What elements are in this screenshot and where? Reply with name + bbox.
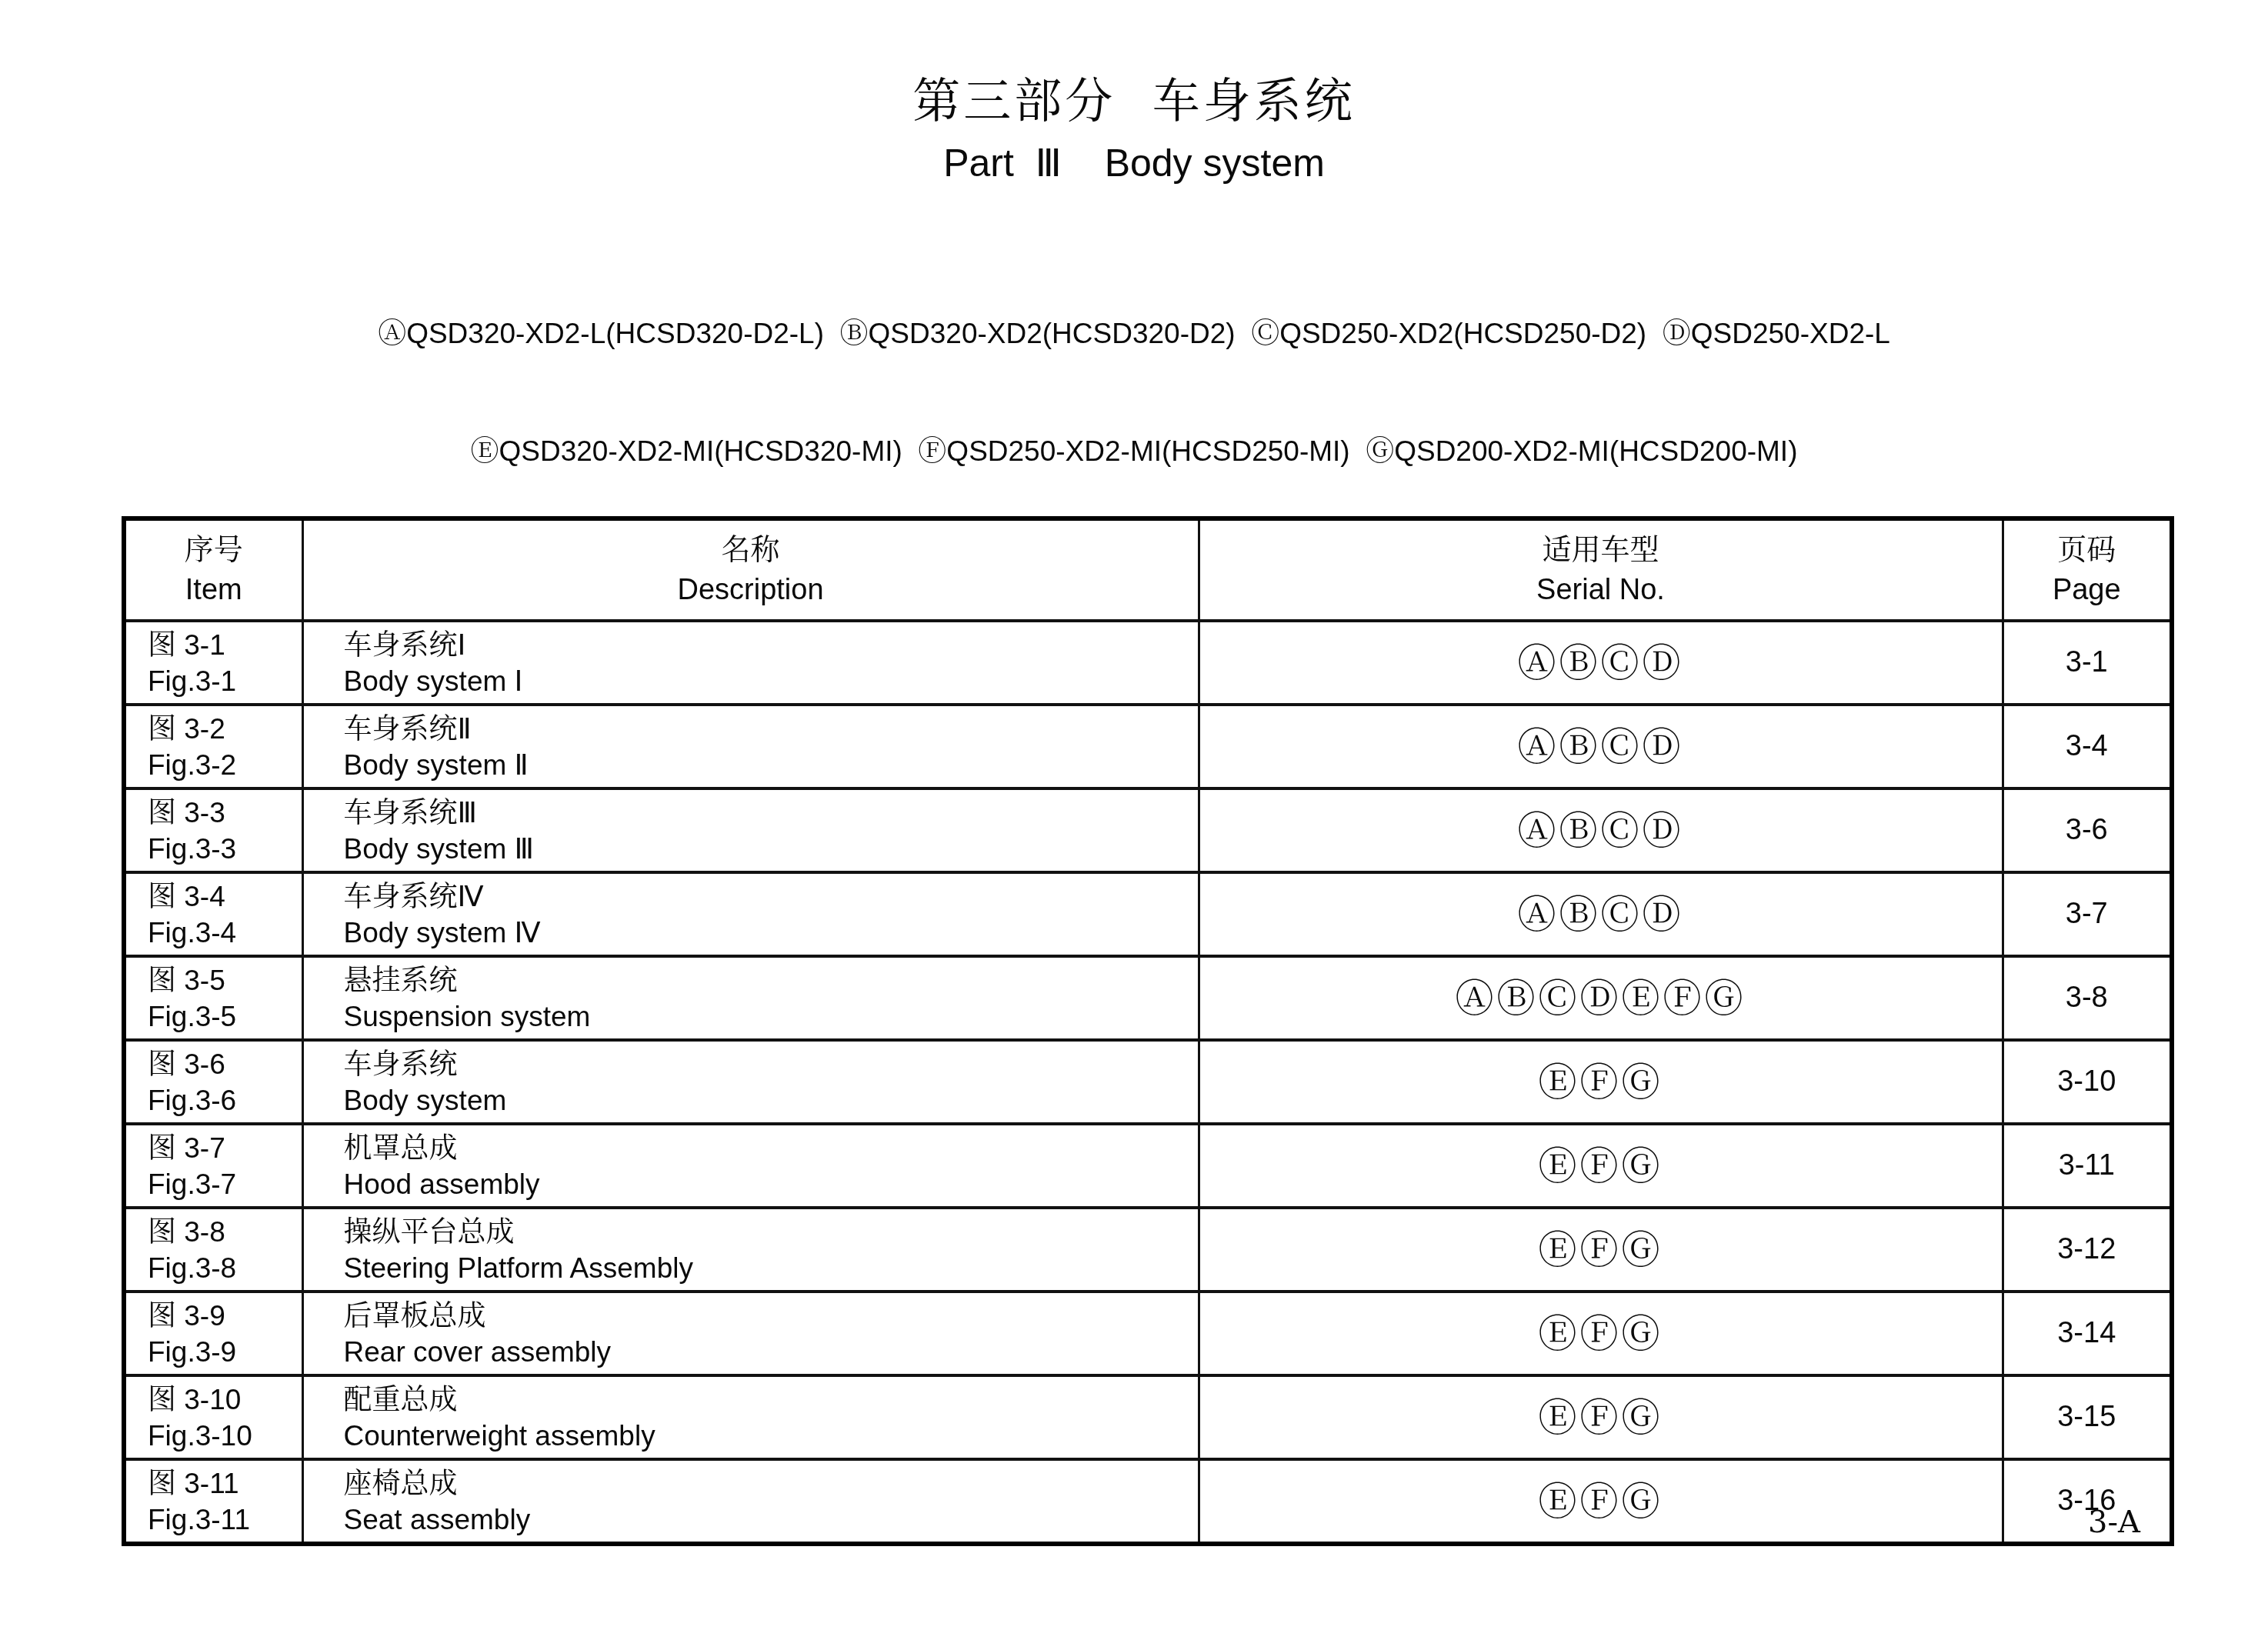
figure-number-en: Fig.3-1 bbox=[148, 663, 302, 699]
description-cn: 车身系统Ⅳ bbox=[344, 878, 1198, 915]
figure-number-cn: 图 3-11 bbox=[148, 1465, 302, 1502]
description-cn: 车身系统 bbox=[344, 1046, 1198, 1082]
description-en: Counterweight assembly bbox=[344, 1418, 1198, 1454]
manual-page: { "page": { "title_cn": "第三部分 车身系统", "ti… bbox=[0, 0, 2268, 1640]
serial-models-cell: ⒶⒷⒸⒹ bbox=[1199, 788, 2003, 872]
models-line-1: ⒶQSD320-XD2-L(HCSD320-D2-L) ⒷQSD320-XD2(… bbox=[0, 314, 2268, 353]
serial-models-cell: ⒶⒷⒸⒹ bbox=[1199, 621, 2003, 705]
description-cn: 配重总成 bbox=[344, 1382, 1198, 1418]
description-cn: 座椅总成 bbox=[344, 1465, 1198, 1502]
figure-number-en: Fig.3-2 bbox=[148, 747, 302, 783]
description-en: Body system Ⅳ bbox=[344, 915, 1198, 951]
page-number-cell: 3-12 bbox=[2003, 1208, 2172, 1292]
description-cn: 车身系统Ⅱ bbox=[344, 711, 1198, 747]
table-row: 图 3-7 Fig.3-7 机罩总成 Hood assembly ⒺⒻⒼ 3-1… bbox=[124, 1124, 2172, 1208]
description-cell: 车身系统 Body system bbox=[302, 1040, 1199, 1124]
serial-models-cell: ⒺⒻⒼ bbox=[1199, 1208, 2003, 1292]
figure-number-cn: 图 3-10 bbox=[148, 1382, 302, 1418]
description-cell: 座椅总成 Seat assembly bbox=[302, 1459, 1199, 1544]
table-row: 图 3-10 Fig.3-10 配重总成 Counterweight assem… bbox=[124, 1375, 2172, 1459]
table-row: 图 3-3 Fig.3-3 车身系统Ⅲ Body system Ⅲ ⒶⒷⒸⒹ 3… bbox=[124, 788, 2172, 872]
header-description-en: Description bbox=[304, 570, 1198, 610]
part-title-cn: 第三部分 车身系统 bbox=[0, 74, 2268, 128]
table-row: 图 3-4 Fig.3-4 车身系统Ⅳ Body system Ⅳ ⒶⒷⒸⒹ 3… bbox=[124, 872, 2172, 956]
header-serial-en: Serial No. bbox=[1200, 570, 2002, 610]
figure-number-en: Fig.3-7 bbox=[148, 1166, 302, 1202]
header-item-cn: 序号 bbox=[126, 530, 302, 570]
figure-number-cell: 图 3-2 Fig.3-2 bbox=[124, 705, 302, 788]
figure-number-cn: 图 3-7 bbox=[148, 1130, 302, 1166]
table-body: 图 3-1 Fig.3-1 车身系统Ⅰ Body system Ⅰ ⒶⒷⒸⒹ 3… bbox=[124, 621, 2172, 1544]
serial-models-cell: ⒶⒷⒸⒹ bbox=[1199, 705, 2003, 788]
page-number-cell: 3-10 bbox=[2003, 1040, 2172, 1124]
table-header: 序号 Item 名称 Description 适用车型 Serial No. 页… bbox=[124, 518, 2172, 621]
description-cn: 后罩板总成 bbox=[344, 1298, 1198, 1334]
table-row: 图 3-5 Fig.3-5 悬挂系统 Suspension system ⒶⒷⒸ… bbox=[124, 956, 2172, 1040]
figure-number-cn: 图 3-8 bbox=[148, 1214, 302, 1250]
description-cell: 后罩板总成 Rear cover assembly bbox=[302, 1292, 1199, 1375]
figure-number-cell: 图 3-11 Fig.3-11 bbox=[124, 1459, 302, 1544]
description-en: Steering Platform Assembly bbox=[344, 1250, 1198, 1286]
description-en: Body system Ⅰ bbox=[344, 663, 1198, 699]
figure-number-en: Fig.3-6 bbox=[148, 1082, 302, 1118]
description-cell: 机罩总成 Hood assembly bbox=[302, 1124, 1199, 1208]
page-number-cell: 3-4 bbox=[2003, 705, 2172, 788]
header-page-en: Page bbox=[2004, 570, 2170, 610]
table-row: 图 3-11 Fig.3-11 座椅总成 Seat assembly ⒺⒻⒼ 3… bbox=[124, 1459, 2172, 1544]
part-title-en: Part Ⅲ Body system bbox=[0, 142, 2268, 185]
description-cn: 车身系统Ⅲ bbox=[344, 795, 1198, 831]
serial-models-cell: ⒺⒻⒼ bbox=[1199, 1292, 2003, 1375]
description-cell: 配重总成 Counterweight assembly bbox=[302, 1375, 1199, 1459]
header-page: 页码 Page bbox=[2003, 518, 2172, 621]
figure-number-cn: 图 3-5 bbox=[148, 962, 302, 998]
table-row: 图 3-6 Fig.3-6 车身系统 Body system ⒺⒻⒼ 3-10 bbox=[124, 1040, 2172, 1124]
serial-models-cell: ⒶⒷⒸⒹⒺⒻⒼ bbox=[1199, 956, 2003, 1040]
figure-number-en: Fig.3-3 bbox=[148, 831, 302, 867]
description-en: Seat assembly bbox=[344, 1502, 1198, 1538]
serial-models-cell: ⒺⒻⒼ bbox=[1199, 1375, 2003, 1459]
page-number-cell: 3-15 bbox=[2003, 1375, 2172, 1459]
figure-number-en: Fig.3-11 bbox=[148, 1502, 302, 1538]
table-row: 图 3-2 Fig.3-2 车身系统Ⅱ Body system Ⅱ ⒶⒷⒸⒹ 3… bbox=[124, 705, 2172, 788]
description-cell: 车身系统Ⅱ Body system Ⅱ bbox=[302, 705, 1199, 788]
header-serial: 适用车型 Serial No. bbox=[1199, 518, 2003, 621]
figure-number-cell: 图 3-4 Fig.3-4 bbox=[124, 872, 302, 956]
table-header-row: 序号 Item 名称 Description 适用车型 Serial No. 页… bbox=[124, 518, 2172, 621]
header-serial-cn: 适用车型 bbox=[1200, 530, 2002, 570]
figure-number-cell: 图 3-1 Fig.3-1 bbox=[124, 621, 302, 705]
applicable-models-list: ⒶQSD320-XD2-L(HCSD320-D2-L) ⒷQSD320-XD2(… bbox=[0, 235, 2268, 510]
figure-number-cn: 图 3-1 bbox=[148, 627, 302, 663]
figure-number-cell: 图 3-10 Fig.3-10 bbox=[124, 1375, 302, 1459]
figure-number-cell: 图 3-3 Fig.3-3 bbox=[124, 788, 302, 872]
serial-models-cell: ⒺⒻⒼ bbox=[1199, 1459, 2003, 1544]
table-row: 图 3-9 Fig.3-9 后罩板总成 Rear cover assembly … bbox=[124, 1292, 2172, 1375]
page-number-cell: 3-7 bbox=[2003, 872, 2172, 956]
figure-index-table: 序号 Item 名称 Description 适用车型 Serial No. 页… bbox=[122, 516, 2174, 1546]
description-cn: 操纵平台总成 bbox=[344, 1214, 1198, 1250]
serial-models-cell: ⒺⒻⒼ bbox=[1199, 1124, 2003, 1208]
header-description-cn: 名称 bbox=[304, 530, 1198, 570]
figure-number-cn: 图 3-2 bbox=[148, 711, 302, 747]
figure-number-en: Fig.3-9 bbox=[148, 1334, 302, 1370]
description-en: Suspension system bbox=[344, 998, 1198, 1035]
table-row: 图 3-1 Fig.3-1 车身系统Ⅰ Body system Ⅰ ⒶⒷⒸⒹ 3… bbox=[124, 621, 2172, 705]
table-row: 图 3-8 Fig.3-8 操纵平台总成 Steering Platform A… bbox=[124, 1208, 2172, 1292]
figure-number-cell: 图 3-9 Fig.3-9 bbox=[124, 1292, 302, 1375]
description-cn: 机罩总成 bbox=[344, 1130, 1198, 1166]
page-number-cell: 3-8 bbox=[2003, 956, 2172, 1040]
figure-number-cn: 图 3-3 bbox=[148, 795, 302, 831]
page-number-cell: 3-14 bbox=[2003, 1292, 2172, 1375]
serial-models-cell: ⒶⒷⒸⒹ bbox=[1199, 872, 2003, 956]
figure-number-cn: 图 3-4 bbox=[148, 878, 302, 915]
figure-number-cell: 图 3-5 Fig.3-5 bbox=[124, 956, 302, 1040]
footer-page-number: 3-A bbox=[2037, 1505, 2191, 1540]
figure-number-cell: 图 3-7 Fig.3-7 bbox=[124, 1124, 302, 1208]
header-item-en: Item bbox=[126, 570, 302, 610]
header-item: 序号 Item bbox=[124, 518, 302, 621]
header-page-cn: 页码 bbox=[2004, 530, 2170, 570]
figure-number-cell: 图 3-6 Fig.3-6 bbox=[124, 1040, 302, 1124]
description-cell: 悬挂系统 Suspension system bbox=[302, 956, 1199, 1040]
description-cell: 车身系统Ⅰ Body system Ⅰ bbox=[302, 621, 1199, 705]
description-cell: 操纵平台总成 Steering Platform Assembly bbox=[302, 1208, 1199, 1292]
figure-number-cell: 图 3-8 Fig.3-8 bbox=[124, 1208, 302, 1292]
description-cn: 悬挂系统 bbox=[344, 962, 1198, 998]
figure-number-en: Fig.3-8 bbox=[148, 1250, 302, 1286]
page-number-cell: 3-1 bbox=[2003, 621, 2172, 705]
page-number-cell: 3-6 bbox=[2003, 788, 2172, 872]
description-en: Body system bbox=[344, 1082, 1198, 1118]
figure-number-en: Fig.3-10 bbox=[148, 1418, 302, 1454]
page-number-cell: 3-11 bbox=[2003, 1124, 2172, 1208]
description-en: Rear cover assembly bbox=[344, 1334, 1198, 1370]
description-cn: 车身系统Ⅰ bbox=[344, 627, 1198, 663]
figure-number-cn: 图 3-6 bbox=[148, 1046, 302, 1082]
description-en: Body system Ⅱ bbox=[344, 747, 1198, 783]
figure-number-en: Fig.3-5 bbox=[148, 998, 302, 1035]
description-en: Body system Ⅲ bbox=[344, 831, 1198, 867]
serial-models-cell: ⒺⒻⒼ bbox=[1199, 1040, 2003, 1124]
models-line-2: ⒺQSD320-XD2-MI(HCSD320-MI) ⒻQSD250-XD2-M… bbox=[0, 432, 2268, 471]
header-description: 名称 Description bbox=[302, 518, 1199, 621]
description-en: Hood assembly bbox=[344, 1166, 1198, 1202]
figure-number-cn: 图 3-9 bbox=[148, 1298, 302, 1334]
description-cell: 车身系统Ⅳ Body system Ⅳ bbox=[302, 872, 1199, 956]
figure-number-en: Fig.3-4 bbox=[148, 915, 302, 951]
description-cell: 车身系统Ⅲ Body system Ⅲ bbox=[302, 788, 1199, 872]
